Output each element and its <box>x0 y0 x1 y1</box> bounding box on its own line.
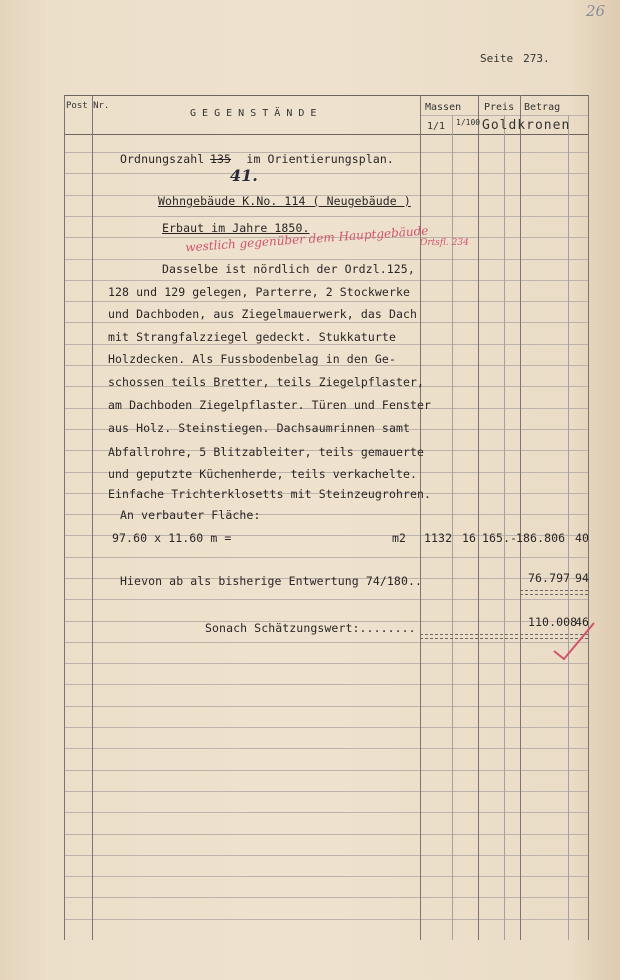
ordnungszahl-line: Ordnungszahl im Orientierungsplan. <box>120 152 394 166</box>
description-line: Einfache Trichterklosetts mit Steinzeugr… <box>108 487 431 501</box>
header-gegenstaende: G E G E N S T Ä N D E <box>190 108 316 119</box>
depreciation-betrag-dec: 94 <box>575 571 589 585</box>
header-massen-1-100: 1/100 <box>456 118 480 127</box>
col-massen-border <box>478 95 479 940</box>
description-line: Dasselbe ist nördlich der Ordzl.125, <box>162 262 415 276</box>
ruled-line <box>64 706 588 707</box>
area-unit: m2 <box>392 531 406 545</box>
ruled-line <box>64 344 588 345</box>
ruled-line <box>64 748 588 749</box>
ruled-line <box>64 919 588 920</box>
ruled-line <box>64 642 588 643</box>
page-number-label: Seite273. <box>480 52 550 65</box>
col-gegenstaende-border <box>420 95 421 940</box>
seite-number: 273. <box>523 52 550 65</box>
subtotal-rule <box>520 590 588 595</box>
description-line: schossen teils Bretter, teils Ziegelpfla… <box>108 375 424 389</box>
ruled-line <box>64 791 588 792</box>
description-line: aus Holz. Steinstiegen. Dachsaumrinnen s… <box>108 421 410 435</box>
header-bottom-rule <box>64 134 588 135</box>
col-betrag-split <box>568 115 569 940</box>
header-currency: Goldkronen <box>482 118 570 133</box>
header-betrag: Betrag <box>524 102 560 113</box>
area-betrag: 186.806 <box>516 531 565 545</box>
ruled-line <box>64 173 588 174</box>
ruled-line <box>64 770 588 771</box>
ruled-line <box>64 259 588 260</box>
estimate-label: Sonach Schätzungswert:........ <box>205 621 416 635</box>
depreciation-label: Hievon ab als bisherige Entwertung 74/18… <box>120 574 422 588</box>
table-top-rule <box>64 95 588 96</box>
description-line: Holzdecken. Als Fussbodenbelag in den Ge… <box>108 352 396 366</box>
ruled-line <box>64 855 588 856</box>
ruled-line <box>64 727 588 728</box>
ruled-line <box>64 599 588 600</box>
ruled-line <box>64 812 588 813</box>
depreciation-betrag: 76.797 <box>528 571 570 585</box>
building-title: Wohngebäude K.No. 114 ( Neugebäude ) <box>158 194 411 208</box>
ruled-line <box>64 876 588 877</box>
col-preis-split <box>504 115 505 940</box>
area-label: An verbauter Fläche: <box>120 508 260 522</box>
header-massen-1-1: 1/1 <box>427 121 445 132</box>
ordnungszahl-struck: 135 <box>210 152 231 166</box>
document-page: 26 Seite273. Post Nr. G E G E N S T Ä N … <box>0 0 620 980</box>
header-preis: Preis <box>484 102 514 113</box>
ruled-line <box>64 684 588 685</box>
header-post-nr: Post Nr. <box>66 100 109 112</box>
area-betrag-dec: 40 <box>575 531 589 545</box>
red-annotation-right: Ortsfl. 234 <box>420 238 469 248</box>
description-line: und geputzte Küchenherde, teils verkache… <box>108 467 417 481</box>
description-line: Abfallrohre, 5 Blitzableiter, teils gema… <box>108 445 424 459</box>
description-line: und Dachboden, aus Ziegelmauerwerk, das … <box>108 307 417 321</box>
description-line: am Dachboden Ziegelpflaster. Türen und F… <box>108 398 431 412</box>
ruled-line <box>64 557 588 558</box>
col-post-border <box>92 95 93 940</box>
ruled-line <box>64 834 588 835</box>
area-massen: 1132 <box>424 531 452 545</box>
col-preis-border <box>520 95 521 940</box>
description-line: mit Strangfalzziegel gedeckt. Stukkaturt… <box>108 330 396 344</box>
ruled-line <box>64 216 588 217</box>
seite-label: Seite <box>480 52 513 65</box>
area-preis: 165.- <box>482 531 517 545</box>
ruled-line <box>64 301 588 302</box>
ruled-line <box>64 280 588 281</box>
ordnungszahl-handwritten: 41. <box>230 166 258 185</box>
header-massen: Massen <box>425 102 461 113</box>
pencil-page-number: 26 <box>586 2 605 20</box>
area-massen-dec: 16 <box>462 531 476 545</box>
description-line: 128 und 129 gelegen, Parterre, 2 Stockwe… <box>108 285 410 299</box>
red-checkmark-icon <box>550 615 600 665</box>
ruled-line <box>64 663 588 664</box>
area-calc: 97.60 x 11.60 m = <box>112 531 231 545</box>
col-right-border <box>588 95 589 940</box>
ruled-line <box>64 897 588 898</box>
col-left-border <box>64 95 65 940</box>
ruled-line <box>64 322 588 323</box>
